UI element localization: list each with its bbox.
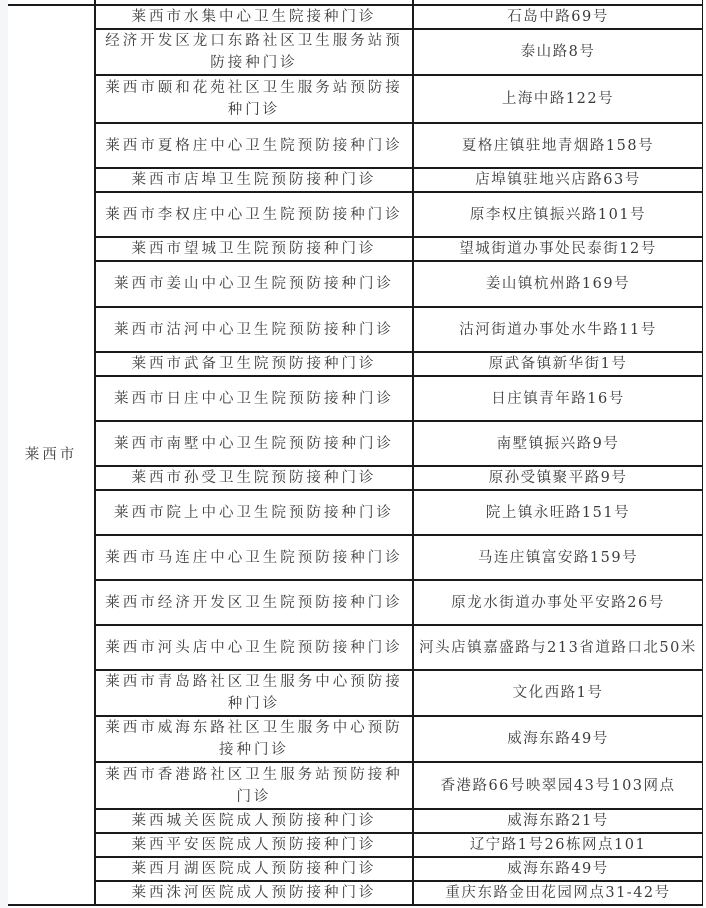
- table-row: 莱西市河头店中心卫生院预防接种门诊河头店镇嘉盛路与213省道路口北50米: [8, 625, 703, 670]
- clinic-name-cell: 莱西市日庄中心卫生院预防接种门诊: [95, 376, 413, 421]
- clinic-name-cell: 莱西市经济开发区卫生院预防接种门诊: [95, 580, 413, 625]
- clinic-name-cell: 莱西市威海东路社区卫生服务中心预防接种门诊: [95, 716, 413, 762]
- table-row: 莱西市经济开发区卫生院预防接种门诊原龙水街道办事处平安路26号: [8, 580, 703, 625]
- clinic-name-cell: 莱西市店埠卫生院预防接种门诊: [95, 168, 413, 192]
- clinic-name-cell: 莱西洙河医院成人预防接种门诊: [95, 881, 413, 905]
- clinic-address-cell: 原孙受镇聚平路9号: [413, 466, 703, 490]
- clinic-address-cell: 文化西路1号: [413, 670, 703, 716]
- clinic-address-cell: 原李权庄镇振兴路101号: [413, 192, 703, 237]
- clinic-name-cell: 莱西市孙受卫生院预防接种门诊: [95, 466, 413, 490]
- table-row: 莱西市武备卫生院预防接种门诊原武备镇新华街1号: [8, 352, 703, 376]
- table-row: 莱西市望城卫生院预防接种门诊望城街道办事处民泰街12号: [8, 237, 703, 261]
- clinic-address-cell: 石岛中路69号: [413, 5, 703, 29]
- clinic-address-cell: 望城街道办事处民泰街12号: [413, 237, 703, 261]
- clinic-address-cell: 威海东路21号: [413, 809, 703, 833]
- clinic-name-cell: 莱西市院上中心卫生院预防接种门诊: [95, 490, 413, 535]
- clinic-address-cell: 重庆东路金田花园网点31-42号: [413, 881, 703, 905]
- clinic-address-cell: 姜山镇杭州路169号: [413, 261, 703, 307]
- table-row: 莱西市莱西市水集中心卫生院接种门诊石岛中路69号: [8, 5, 703, 29]
- clinic-address-cell: 沽河街道办事处水牛路11号: [413, 307, 703, 352]
- clinic-name-cell: 莱西市河头店中心卫生院预防接种门诊: [95, 625, 413, 670]
- clinic-name-cell: 莱西市沽河中心卫生院预防接种门诊: [95, 307, 413, 352]
- clinic-address-cell: 威海东路49号: [413, 716, 703, 762]
- clinic-name-cell: 莱西市夏格庄中心卫生院预防接种门诊: [95, 123, 413, 168]
- clinic-name-cell: 莱西市青岛路社区卫生服务中心预防接种门诊: [95, 670, 413, 716]
- clinic-name-cell: 莱西月湖医院成人预防接种门诊: [95, 857, 413, 881]
- page-margin: [0, 0, 8, 908]
- clinic-address-cell: 原龙水街道办事处平安路26号: [413, 580, 703, 625]
- table-row: 莱西市香港路社区卫生服务站预防接种门诊香港路66号映翠园43号103网点: [8, 762, 703, 809]
- table-row: 莱西市孙受卫生院预防接种门诊原孙受镇聚平路9号: [8, 466, 703, 490]
- clinic-address-cell: 香港路66号映翠园43号103网点: [413, 762, 703, 809]
- table-row: 莱西市夏格庄中心卫生院预防接种门诊夏格庄镇驻地青烟路158号: [8, 123, 703, 168]
- clinic-name-cell: 莱西市马连庄中心卫生院预防接种门诊: [95, 535, 413, 580]
- clinic-name-cell: 莱西市望城卫生院预防接种门诊: [95, 237, 413, 261]
- clinic-address-cell: 日庄镇青年路16号: [413, 376, 703, 421]
- table-row: 莱西平安医院成人预防接种门诊辽宁路1号26栋网点101: [8, 833, 703, 857]
- clinic-name-cell: 经济开发区龙口东路社区卫生服务站预防接种门诊: [95, 29, 413, 75]
- table-row: 莱西市姜山中心卫生院预防接种门诊姜山镇杭州路169号: [8, 261, 703, 307]
- clinic-table: 莱西市莱西市水集中心卫生院接种门诊石岛中路69号经济开发区龙口东路社区卫生服务站…: [8, 0, 704, 906]
- table-row: 莱西洙河医院成人预防接种门诊重庆东路金田花园网点31-42号: [8, 881, 703, 905]
- clinic-name-cell: 莱西市姜山中心卫生院预防接种门诊: [95, 261, 413, 307]
- clinic-name-cell: 莱西平安医院成人预防接种门诊: [95, 833, 413, 857]
- clinic-name-cell: 莱西市南墅中心卫生院预防接种门诊: [95, 421, 413, 466]
- clinic-address-cell: 上海中路122号: [413, 75, 703, 123]
- table-row: 莱西市院上中心卫生院预防接种门诊院上镇永旺路151号: [8, 490, 703, 535]
- table-row: 莱西市日庄中心卫生院预防接种门诊日庄镇青年路16号: [8, 376, 703, 421]
- clinic-name-cell: 莱西市香港路社区卫生服务站预防接种门诊: [95, 762, 413, 809]
- clinic-address-cell: 夏格庄镇驻地青烟路158号: [413, 123, 703, 168]
- table-row: 莱西月湖医院成人预防接种门诊威海东路49号: [8, 857, 703, 881]
- table-row: 莱西市李权庄中心卫生院预防接种门诊原李权庄镇振兴路101号: [8, 192, 703, 237]
- table-row: 经济开发区龙口东路社区卫生服务站预防接种门诊泰山路8号: [8, 29, 703, 75]
- clinic-address-cell: 原武备镇新华街1号: [413, 352, 703, 376]
- clinic-address-cell: 威海东路49号: [413, 857, 703, 881]
- clinic-name-cell: 莱西市武备卫生院预防接种门诊: [95, 352, 413, 376]
- clinic-address-cell: 马连庄镇富安路159号: [413, 535, 703, 580]
- clinic-address-cell: 院上镇永旺路151号: [413, 490, 703, 535]
- table-row: 莱西市南墅中心卫生院预防接种门诊南墅镇振兴路9号: [8, 421, 703, 466]
- table-row: 莱西城关医院成人预防接种门诊威海东路21号: [8, 809, 703, 833]
- clinic-name-cell: 莱西城关医院成人预防接种门诊: [95, 809, 413, 833]
- table-row: 莱西市威海东路社区卫生服务中心预防接种门诊威海东路49号: [8, 716, 703, 762]
- clinic-address-cell: 泰山路8号: [413, 29, 703, 75]
- table-row: 莱西市马连庄中心卫生院预防接种门诊马连庄镇富安路159号: [8, 535, 703, 580]
- clinic-name-cell: 莱西市李权庄中心卫生院预防接种门诊: [95, 192, 413, 237]
- region-cell: 莱西市: [8, 5, 95, 905]
- table-row: 莱西市颐和花苑社区卫生服务站预防接种门诊上海中路122号: [8, 75, 703, 123]
- table-row: 莱西市青岛路社区卫生服务中心预防接种门诊文化西路1号: [8, 670, 703, 716]
- clinic-name-cell: 莱西市颐和花苑社区卫生服务站预防接种门诊: [95, 75, 413, 123]
- clinic-address-cell: 河头店镇嘉盛路与213省道路口北50米: [413, 625, 703, 670]
- table-row: 莱西市店埠卫生院预防接种门诊店埠镇驻地兴店路63号: [8, 168, 703, 192]
- clinic-address-cell: 店埠镇驻地兴店路63号: [413, 168, 703, 192]
- table-row: 莱西市沽河中心卫生院预防接种门诊沽河街道办事处水牛路11号: [8, 307, 703, 352]
- clinic-address-cell: 辽宁路1号26栋网点101: [413, 833, 703, 857]
- clinic-name-cell: 莱西市水集中心卫生院接种门诊: [95, 5, 413, 29]
- clinic-address-cell: 南墅镇振兴路9号: [413, 421, 703, 466]
